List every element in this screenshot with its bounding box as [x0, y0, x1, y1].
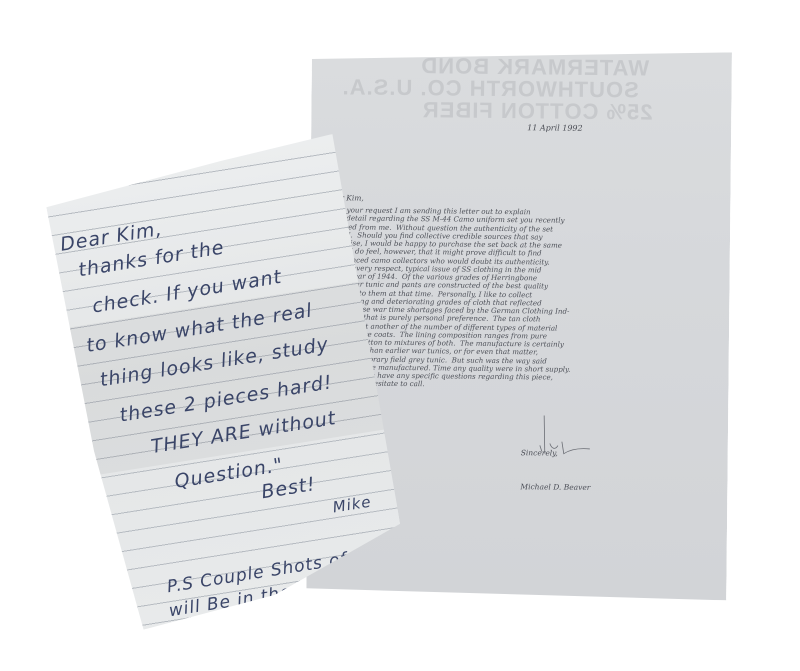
note-signature: Mike [331, 493, 372, 517]
watermark-line: 25% COTTON FIBER [341, 98, 652, 123]
letter-closing: Sincerely, [521, 448, 558, 457]
letter-body: At your request I am sending this letter… [323, 206, 697, 391]
paper-watermark: WATERMARK BOND SOUTHWORTH CO. U.S.A. 25%… [341, 54, 649, 123]
letter-date: 11 April 1992 [527, 123, 583, 133]
letter-signer: Michael D. Beaver [520, 482, 590, 492]
